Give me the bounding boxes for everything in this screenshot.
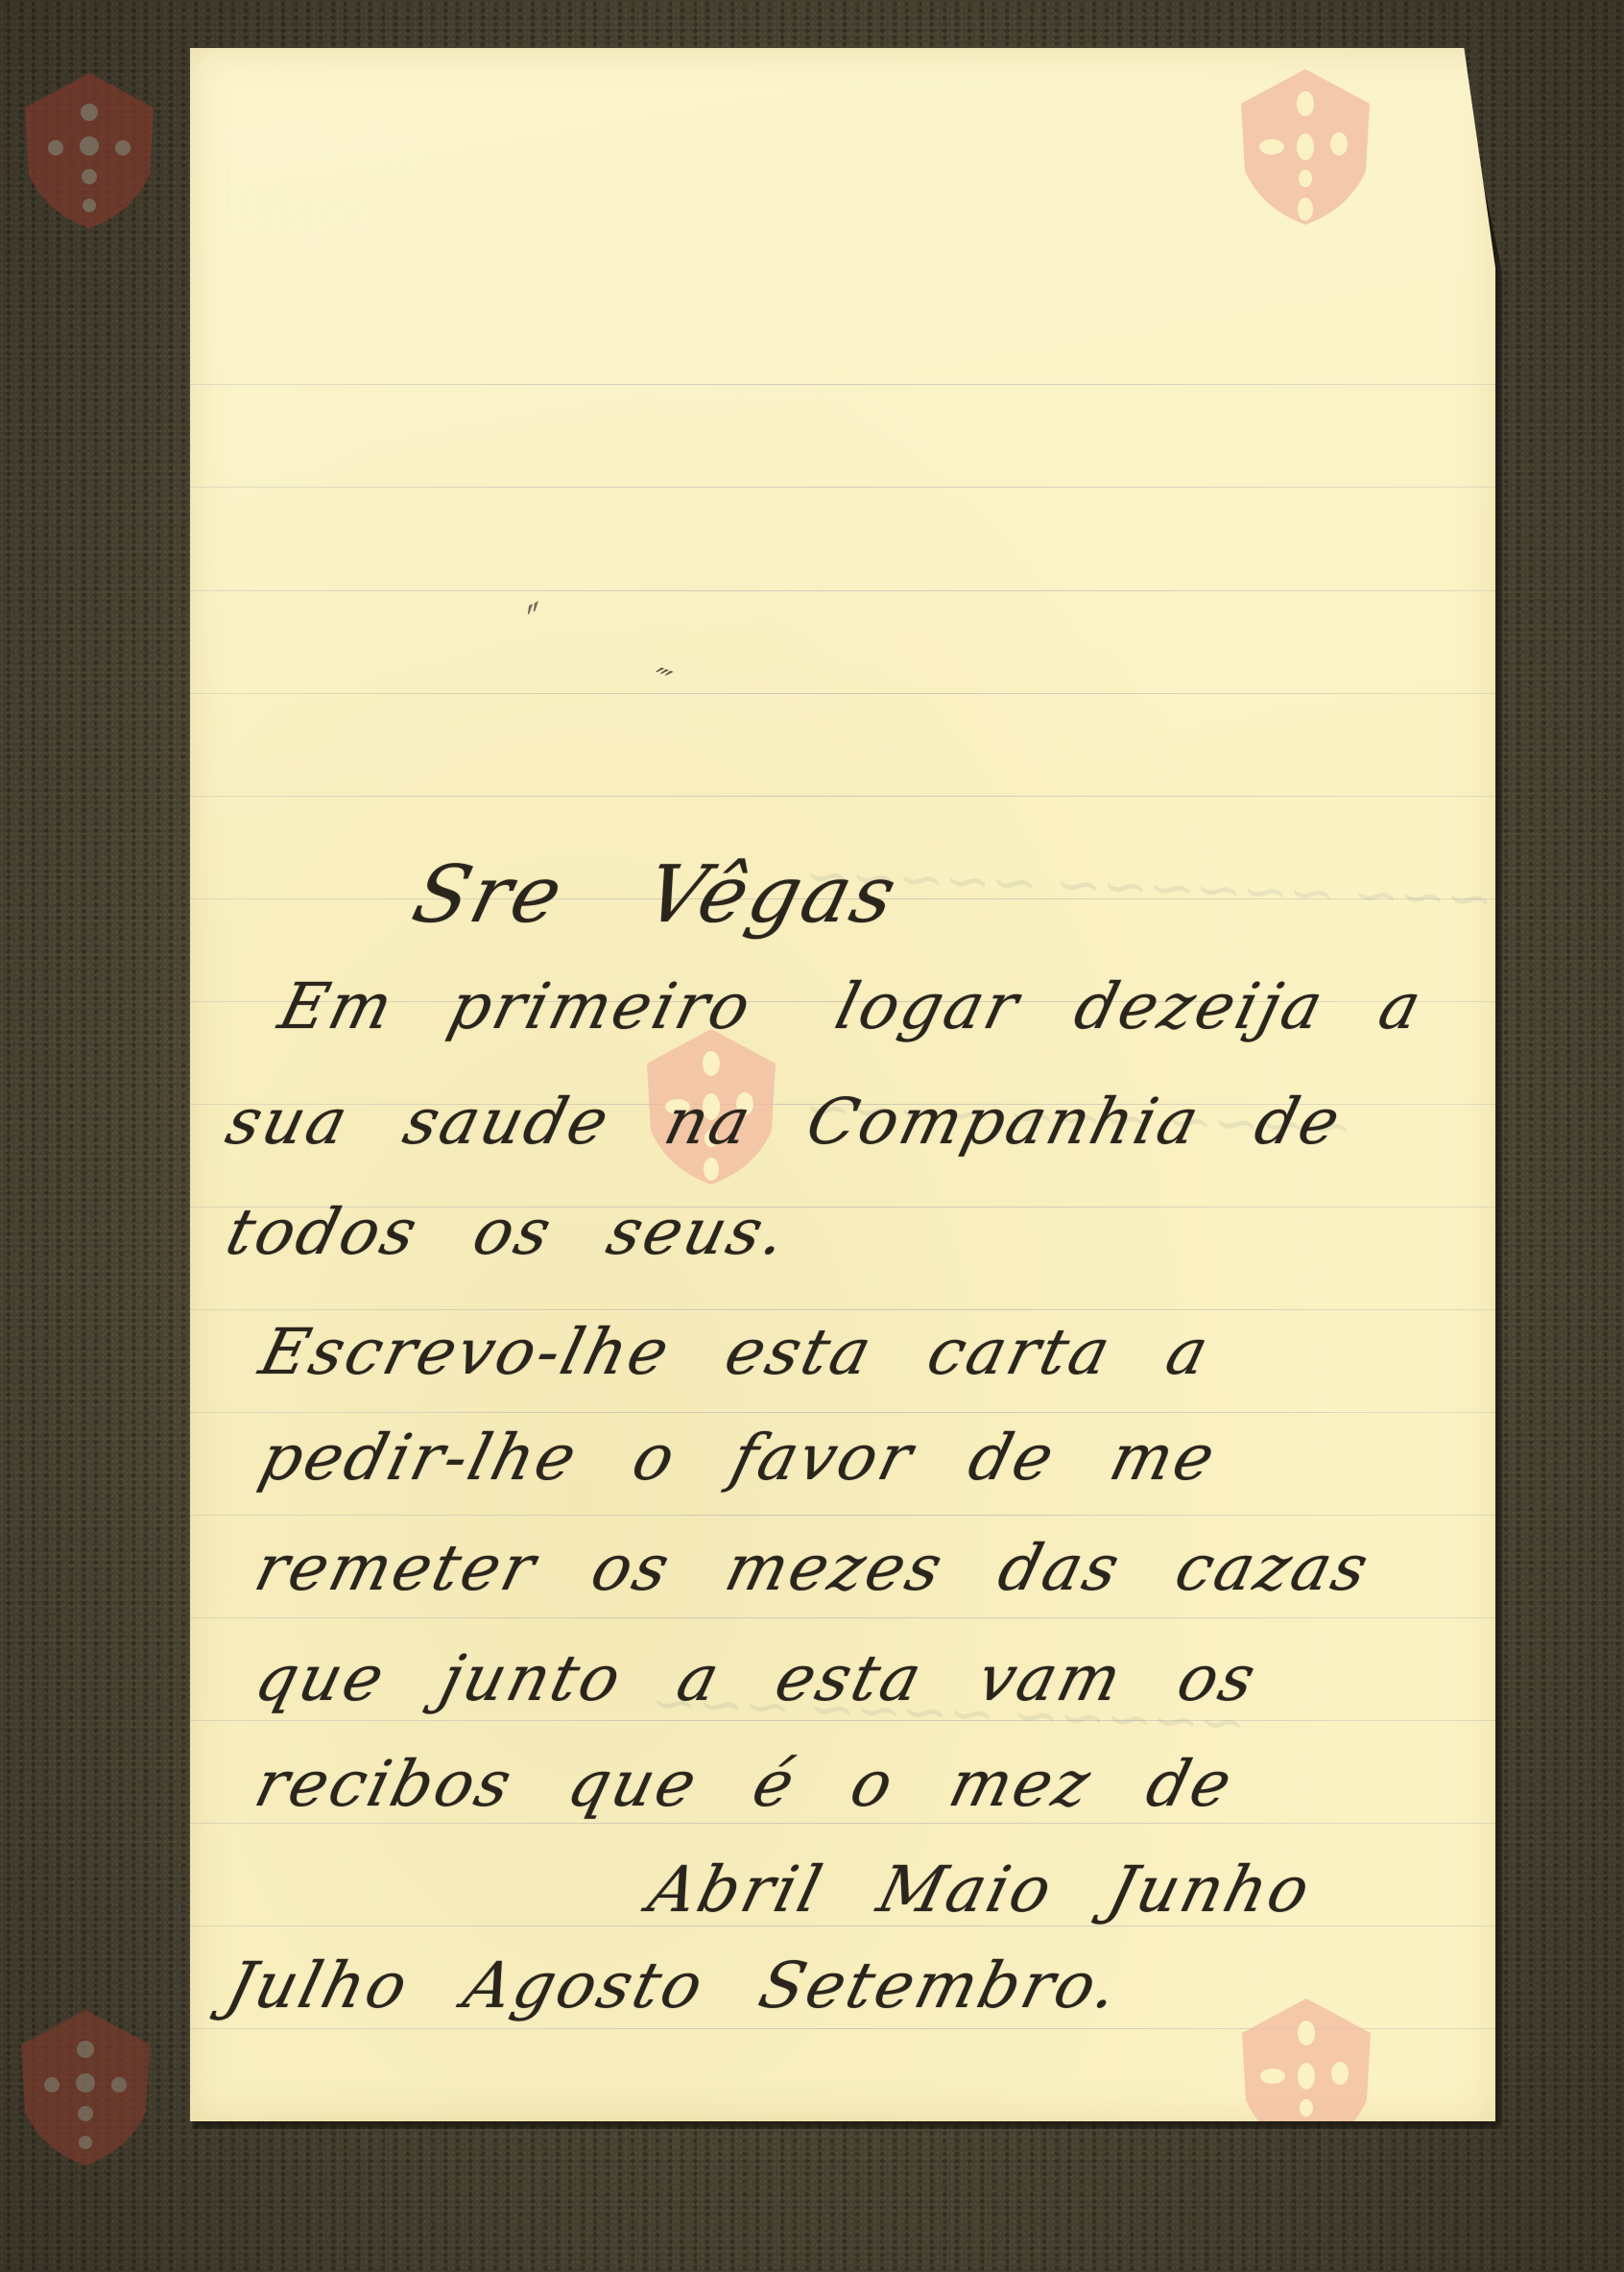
watermark-shield-icon: [1233, 65, 1377, 228]
salutation-word: Vêgas: [636, 849, 907, 941]
ruled-line: [190, 1515, 1495, 1516]
ruled-line: [190, 384, 1495, 385]
ruled-line: [190, 1412, 1495, 1413]
letter-line: Emprimeirologardezeijaa: [272, 969, 1488, 1043]
watermark-shield-icon: [13, 2006, 157, 2169]
ink-blot: ″: [521, 594, 556, 645]
ruled-line: [190, 590, 1495, 591]
watermark-shield-icon: [17, 69, 161, 232]
ink-blot: ‴: [647, 660, 676, 703]
salutation-word: Sre: [404, 849, 574, 941]
months-line: JulhoAgostoSetembro.: [219, 1949, 1185, 2022]
letter-line: Escrevo-lheestacartaa: [252, 1315, 1276, 1389]
letter-line: pedir-lheofavordeme: [252, 1421, 1281, 1495]
letter-line: suasaudenaCompanhiade: [219, 1085, 1407, 1159]
ruled-line: [190, 796, 1495, 797]
ruled-line: [190, 1309, 1495, 1310]
watermark-shield-icon: [1234, 1995, 1378, 2158]
ruled-line: [190, 487, 1495, 488]
letter-line: recibosqueéomezde: [248, 1747, 1299, 1821]
ruled-line: [190, 1617, 1495, 1618]
letter-page: Villa do Bispo ~~~ ~~~~~~ ~~~~~ ~~~~ ~~~…: [190, 48, 1495, 2121]
letter-line: remeterosmezesdascazas: [248, 1531, 1435, 1605]
salutation: Sre Vêgas: [404, 849, 965, 941]
letter-line: quejuntoaestavamos: [248, 1641, 1323, 1715]
ruled-line: [190, 1823, 1495, 1824]
watermark-text: Villa do Bispo: [224, 120, 419, 239]
letter-line: todososseus.: [219, 1195, 853, 1269]
ruled-line: [190, 693, 1495, 694]
months-line: AbrilMaioJunho: [641, 1853, 1376, 1926]
